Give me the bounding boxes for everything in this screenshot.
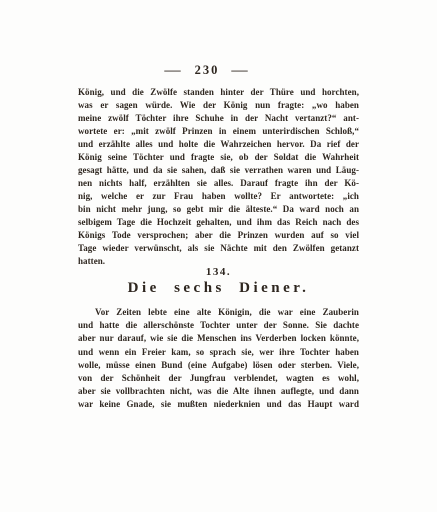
text-line: und hatte die allerschönste Tochter unte… — [78, 319, 359, 332]
page-number: 230 — [193, 63, 220, 78]
text-line: König, und die Zwölfe standen hinter der… — [78, 86, 359, 99]
page-header: — 230 — — [166, 62, 246, 78]
section-number: 134. — [78, 266, 359, 278]
text-line: Tage wieder verwünscht, als sie Nächte m… — [78, 242, 359, 255]
text-line: aber nur darauf, wie sie die Menschen in… — [78, 332, 359, 345]
text-line: nig, welche er zur Frau haben wollte? Er… — [78, 190, 359, 203]
paragraph-story-begin: Vor Zeiten lebte eine alte Königin, die … — [78, 306, 359, 412]
section-title: Die sechs Diener. — [78, 280, 359, 297]
text-line: war keine Gnade, sie mußten niederknien … — [78, 398, 359, 411]
header-dash-left: — — [164, 62, 180, 78]
text-line: König seine Töchter und fragte sie, ob d… — [78, 151, 359, 164]
text-line: nen nichts half, erzählten sie alles. Da… — [78, 177, 359, 190]
text-line: bin nicht mehr jung, so gebt mir die ält… — [78, 203, 359, 216]
paragraph-story-end: König, und die Zwölfe standen hinter der… — [78, 86, 359, 268]
text-line: gesagt hätte, und da sie sahen, daß sie … — [78, 164, 359, 177]
text-line: aber sie vollbrachten nicht, was die Alt… — [78, 385, 359, 398]
text-line: meine zwölf Töchter ihre Schuhe in der N… — [78, 112, 359, 125]
text-line: Vor Zeiten lebte eine alte Königin, die … — [78, 306, 359, 319]
text-line: was er sagen würde. Wie der König nun fr… — [78, 99, 359, 112]
book-page-scan: — 230 — König, und die Zwölfe standen hi… — [0, 0, 437, 512]
header-dash-right: — — [231, 62, 247, 78]
text-line: und wenn ein Freier kam, so sprach sie, … — [78, 346, 359, 359]
text-line: selbigem Tage die Hochzeit gehalten, und… — [78, 216, 359, 229]
text-line: und erzählte alles und holte die Wahrzei… — [78, 138, 359, 151]
text-line: Königs Tode versprochen; aber die Prinze… — [78, 229, 359, 242]
text-line: von der Schönheit der Jungfrau verblende… — [78, 372, 359, 385]
text-line: wolle, müsse einen Bund (eine Aufgabe) l… — [78, 359, 359, 372]
text-line: wortete er: „mit zwölf Prinzen in einem … — [78, 125, 359, 138]
